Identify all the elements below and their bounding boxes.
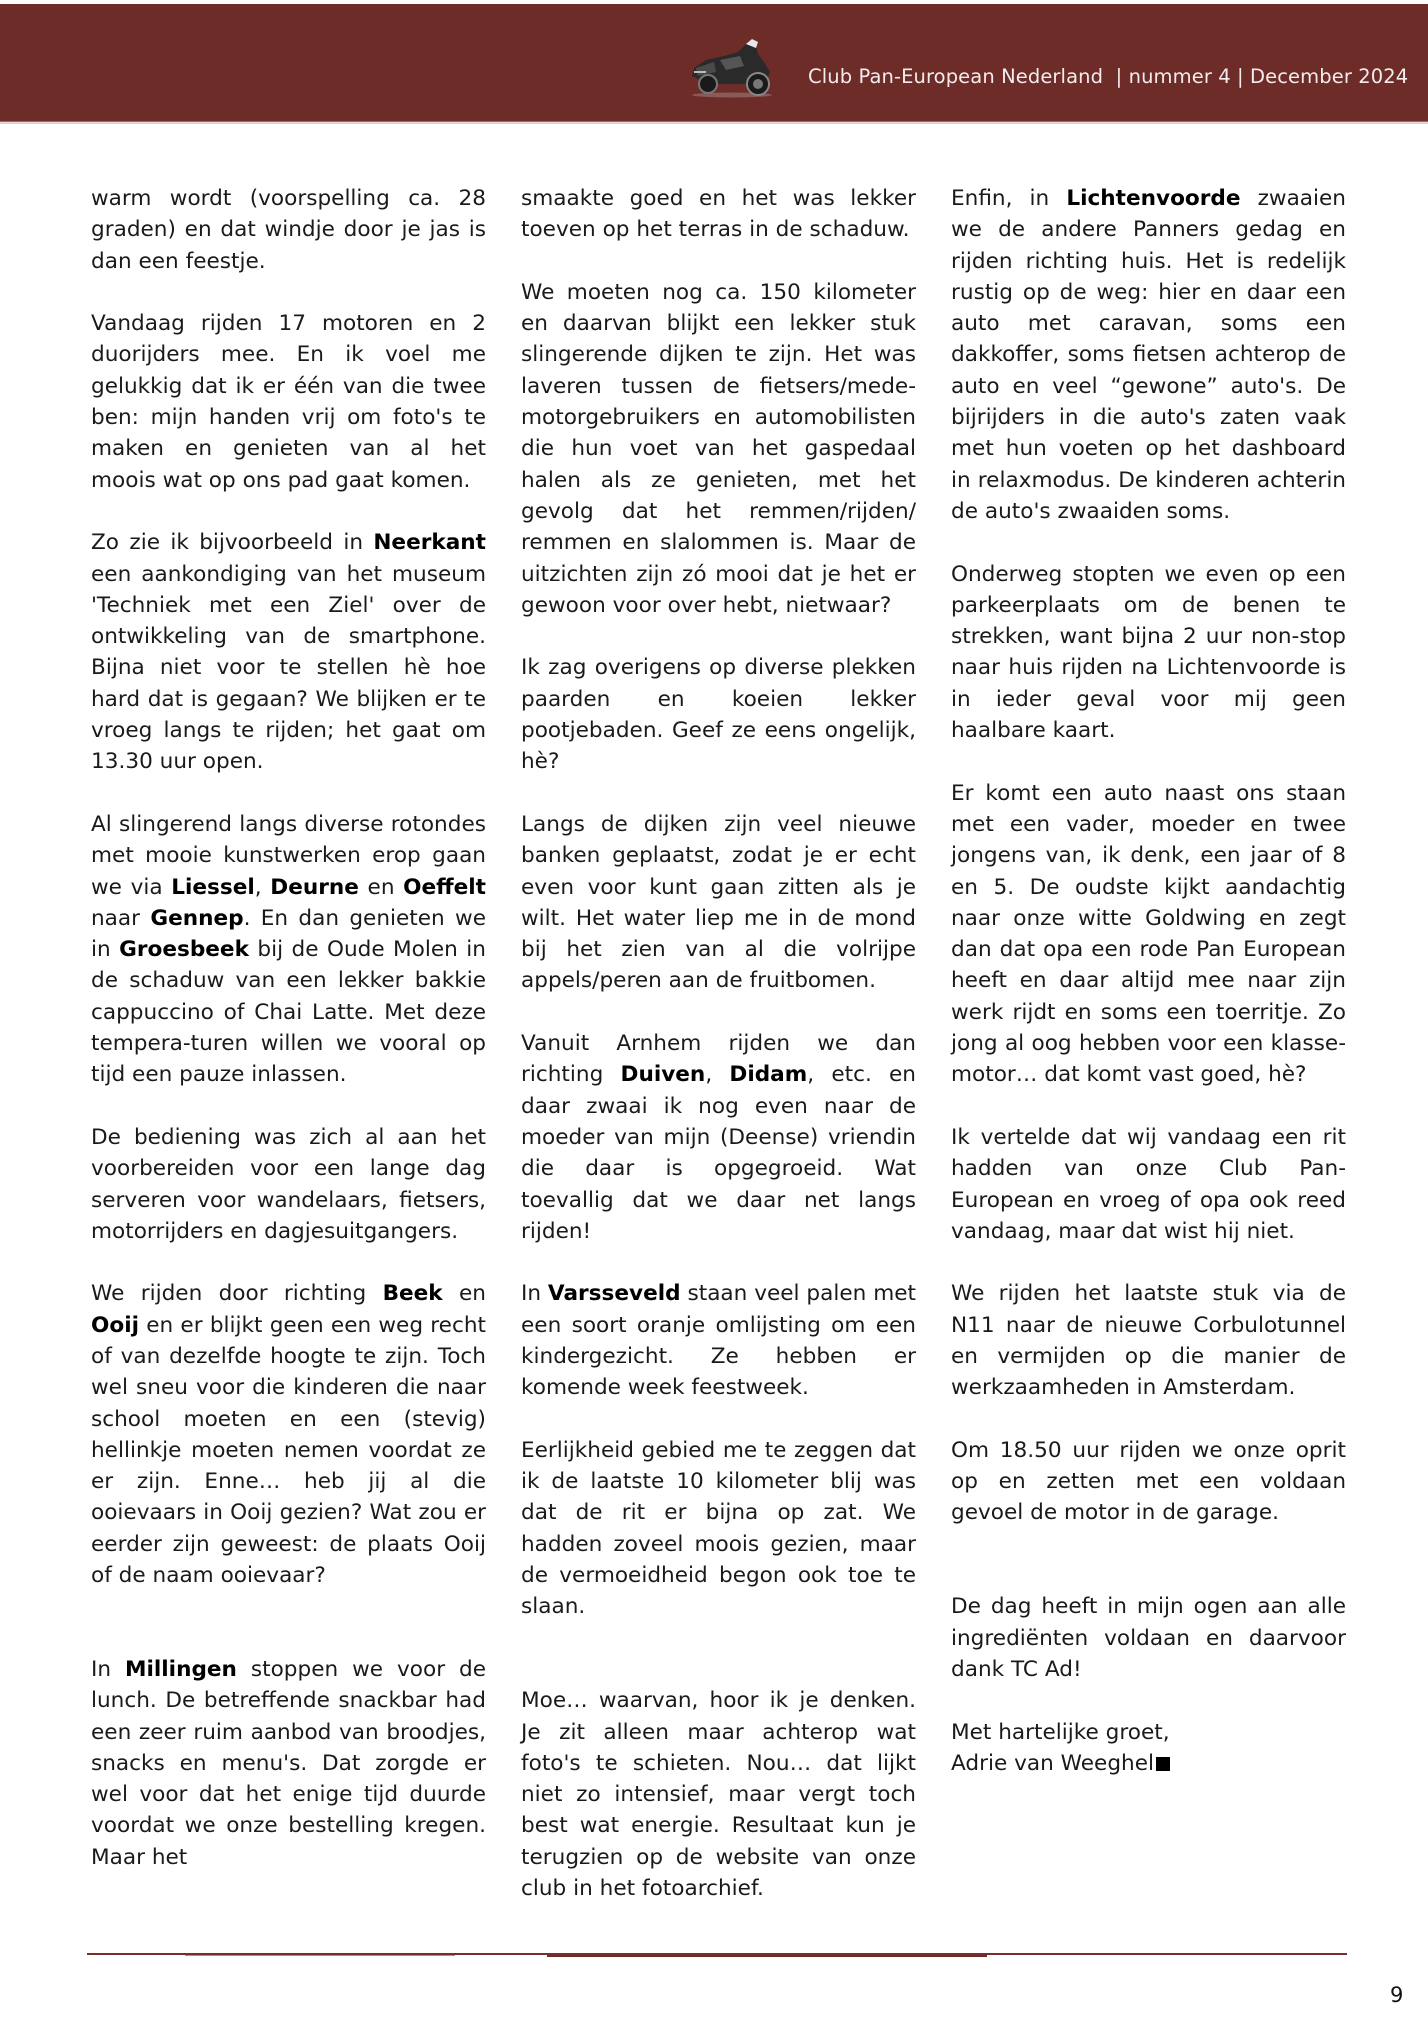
paragraph-text: stoppen we voor de lunch. De betreffende… xyxy=(91,1657,486,1870)
paragraph-spacer xyxy=(951,1091,1346,1122)
footer-rule-accent xyxy=(185,1955,455,1956)
header-banner: Club Pan-European Nederland | nummer 4 |… xyxy=(0,4,1428,122)
article-paragraph: Met hartelijke groet, xyxy=(951,1717,1346,1748)
motorcycle-icon xyxy=(686,38,778,100)
paragraph-spacer xyxy=(91,778,486,809)
place-name: Oeffelt xyxy=(403,875,486,900)
article-paragraph: Vanuit Arnhem rijden we dan richting Dui… xyxy=(521,1028,916,1247)
place-name: Beek xyxy=(383,1281,443,1306)
place-name: Neerkant xyxy=(373,530,486,555)
paragraph-text: Ik zag overigens op diverse plekken paar… xyxy=(521,655,916,774)
article-paragraph: We moeten nog ca. 150 kilometer en daarv… xyxy=(521,277,916,621)
paragraph-spacer xyxy=(951,746,1346,777)
article-paragraph: In Varsseveld staan veel palen met een s… xyxy=(521,1278,916,1403)
paragraph-text: Met hartelijke groet, xyxy=(951,1720,1170,1745)
paragraph-text: warm wordt (voorspelling ca. 28 graden) … xyxy=(91,186,486,274)
paragraph-text: Zo zie ik bijvoorbeeld in xyxy=(91,530,373,555)
paragraph-text: en er blijkt geen een weg recht of van d… xyxy=(91,1313,486,1588)
paragraph-text: zwaaien we de andere Panners gedag en ri… xyxy=(951,186,1346,524)
article-paragraph: Er komt een auto naast ons staan met een… xyxy=(951,778,1346,1091)
paragraph-text: Ik vertelde dat wij vandaag een rit hadd… xyxy=(951,1125,1346,1244)
paragraph-text: Om 18.50 uur rijden we onze oprit op en … xyxy=(951,1438,1346,1526)
article-paragraph: Moe… waarvan, hoor ik je denken. Je zit … xyxy=(521,1685,916,1904)
footer-rule-accent xyxy=(547,1955,987,1957)
paragraph-text: Onderweg stopten we even op een parkeerp… xyxy=(951,562,1346,743)
paragraph-text: We rijden het laatste stuk via de N11 na… xyxy=(951,1281,1346,1400)
paragraph-spacer xyxy=(951,1560,1346,1591)
paragraph-spacer xyxy=(91,1091,486,1122)
article-column-3: Enfin, in Lichtenvoorde zwaaien we de an… xyxy=(951,183,1346,1779)
article-paragraph: Al slingerend langs diverse rotondes met… xyxy=(91,809,486,1091)
paragraph-spacer xyxy=(521,246,916,277)
paragraph-text: en xyxy=(359,875,403,900)
paragraph-spacer xyxy=(521,1623,916,1654)
article-paragraph: Eerlijkheid gebied me te zeggen dat ik d… xyxy=(521,1435,916,1623)
article-paragraph: De bediening was zich al aan het voorber… xyxy=(91,1122,486,1247)
paragraph-spacer xyxy=(91,496,486,527)
paragraph-spacer xyxy=(951,527,1346,558)
place-name: Liessel xyxy=(171,875,255,900)
paragraph-spacer xyxy=(951,1685,1346,1716)
paragraph-text: In xyxy=(521,1281,548,1306)
paragraph-spacer xyxy=(951,1247,1346,1278)
paragraph-spacer xyxy=(521,1404,916,1435)
paragraph-spacer xyxy=(91,1591,486,1622)
newsletter-header-title: Club Pan-European Nederland | nummer 4 |… xyxy=(808,65,1408,88)
article-paragraph: warm wordt (voorspelling ca. 28 graden) … xyxy=(91,183,486,277)
paragraph-spacer xyxy=(91,277,486,308)
paragraph-text: In xyxy=(91,1657,125,1682)
header-divider xyxy=(0,121,1428,124)
article-column-2: smaakte goed en het was lekker toeven op… xyxy=(521,183,916,1904)
paragraph-text: Adrie van Weeghel xyxy=(951,1751,1154,1776)
article-paragraph: In Millingen stoppen we voor de lunch. D… xyxy=(91,1654,486,1873)
article-paragraph: Enfin, in Lichtenvoorde zwaaien we de an… xyxy=(951,183,1346,527)
place-name: Gennep xyxy=(150,906,243,931)
place-name: Varsseveld xyxy=(548,1281,681,1306)
article-paragraph: Zo zie ik bijvoorbeeld in Neerkant een a… xyxy=(91,527,486,777)
paragraph-text: We rijden door richting xyxy=(91,1281,383,1306)
place-name: Ooij xyxy=(91,1313,139,1338)
paragraph-spacer xyxy=(521,778,916,809)
paragraph-text: en xyxy=(443,1281,486,1306)
article-paragraph: Om 18.50 uur rijden we onze oprit op en … xyxy=(951,1435,1346,1529)
paragraph-spacer xyxy=(521,1654,916,1685)
paragraph-text: Moe… waarvan, hoor ik je denken. Je zit … xyxy=(521,1688,916,1901)
place-name: Millingen xyxy=(125,1657,237,1682)
article-paragraph: Onderweg stopten we even op een parkeerp… xyxy=(951,559,1346,747)
paragraph-text: Eerlijkheid gebied me te zeggen dat ik d… xyxy=(521,1438,916,1619)
place-name: Duiven xyxy=(621,1062,706,1087)
place-name: Groesbeek xyxy=(119,937,249,962)
article-paragraph: Adrie van Weeghel xyxy=(951,1748,1346,1779)
article-paragraph: We rijden het laatste stuk via de N11 na… xyxy=(951,1278,1346,1403)
page-number: 9 xyxy=(1390,1983,1403,2007)
paragraph-text: een aankondiging van het museum 'Technie… xyxy=(91,562,486,775)
end-of-article-square-icon xyxy=(1156,1757,1170,1771)
paragraph-text: , xyxy=(255,875,271,900)
article-paragraph: smaakte goed en het was lekker toeven op… xyxy=(521,183,916,246)
paragraph-text: smaakte goed en het was lekker toeven op… xyxy=(521,186,916,242)
paragraph-spacer xyxy=(521,997,916,1028)
paragraph-spacer xyxy=(91,1247,486,1278)
article-paragraph: We rijden door richting Beek en Ooij en … xyxy=(91,1278,486,1591)
paragraph-text: Enfin, in xyxy=(951,186,1066,211)
paragraph-text: , xyxy=(705,1062,729,1087)
paragraph-spacer xyxy=(521,1247,916,1278)
paragraph-spacer xyxy=(91,1623,486,1654)
paragraph-spacer xyxy=(521,621,916,652)
article-paragraph: Ik vertelde dat wij vandaag een rit hadd… xyxy=(951,1122,1346,1247)
article-column-1: warm wordt (voorspelling ca. 28 graden) … xyxy=(91,183,486,1873)
paragraph-spacer xyxy=(951,1529,1346,1560)
place-name: Didam xyxy=(729,1062,807,1087)
paragraph-text: , etc. en daar zwaai ik nog even naar de… xyxy=(521,1062,916,1243)
place-name: Deurne xyxy=(270,875,359,900)
paragraph-text: Er komt een auto naast ons staan met een… xyxy=(951,781,1346,1088)
paragraph-spacer xyxy=(951,1404,1346,1435)
paragraph-text: Langs de dijken zijn veel nieuwe banken … xyxy=(521,812,916,993)
paragraph-text: naar xyxy=(91,906,150,931)
place-name: Lichtenvoorde xyxy=(1066,186,1240,211)
article-paragraph: Vandaag rijden 17 motoren en 2 duorijder… xyxy=(91,308,486,496)
paragraph-text: De bediening was zich al aan het voorber… xyxy=(91,1125,486,1244)
paragraph-text: We moeten nog ca. 150 kilometer en daarv… xyxy=(521,280,916,618)
article-paragraph: Ik zag overigens op diverse plekken paar… xyxy=(521,652,916,777)
article-paragraph: De dag heeft in mijn ogen aan alle ingre… xyxy=(951,1591,1346,1685)
paragraph-text: De dag heeft in mijn ogen aan alle ingre… xyxy=(951,1594,1346,1682)
paragraph-text: Vandaag rijden 17 motoren en 2 duorijder… xyxy=(91,311,486,492)
article-paragraph: Langs de dijken zijn veel nieuwe banken … xyxy=(521,809,916,997)
